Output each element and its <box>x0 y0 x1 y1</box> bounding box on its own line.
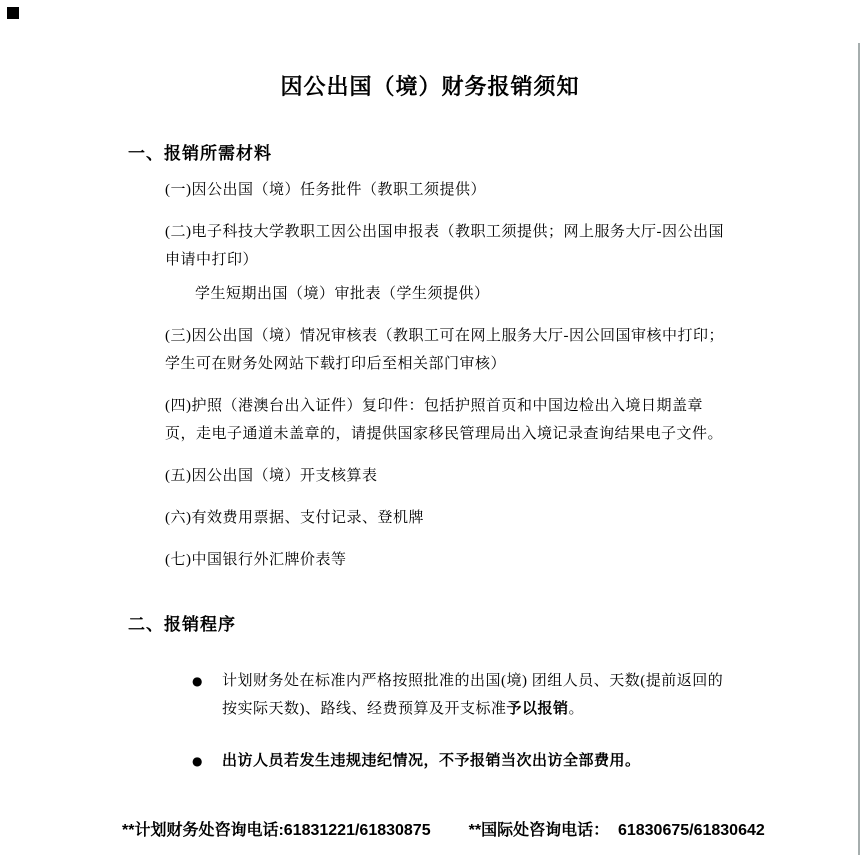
page-title: 因公出国（境）财务报销须知 <box>0 0 860 101</box>
material-item-4: (四)护照（港澳台出入证件）复印件：包括护照首页和中国边检出入境日期盖章页，走电… <box>165 392 733 448</box>
bullet-1-bold: 予以报销 <box>507 700 569 717</box>
procedure-bullet-1-text: 计划财务处在标准内严格按照批准的出国(境) 团组人员、天数(提前返回的按实际天数… <box>222 667 733 723</box>
finance-contact: **计划财务处咨询电话:61831221/61830875 <box>122 822 431 839</box>
materials-heading: 一、报销所需材料 <box>128 139 860 164</box>
procedure-bullet-2-text: 出访人员若发生违规违纪情况，不予报销当次出访全部费用。 <box>222 747 733 775</box>
materials-list: (一)因公出国（境）任务批件（教职工须提供） (二)电子科技大学教职工因公出国申… <box>165 176 733 574</box>
procedure-heading: 二、报销程序 <box>128 610 860 635</box>
international-contact: **国际处咨询电话： 61830675/61830642 <box>469 822 765 839</box>
bullet-1-post: 。 <box>569 701 585 717</box>
material-item-7: (七)中国银行外汇牌价表等 <box>165 546 733 574</box>
material-item-1: (一)因公出国（境）任务批件（教职工须提供） <box>165 176 733 204</box>
bullet-1-pre: 计划财务处在标准内严格按照批准的出国(境) 团组人员、天数(提前返回的按实际天数… <box>222 673 723 717</box>
footer-contacts: **计划财务处咨询电话:61831221/61830875**国际处咨询电话： … <box>122 817 860 840</box>
bullet-icon: ● <box>192 667 222 723</box>
material-item-3: (三)因公出国（境）情况审核表（教职工可在网上服务大厅-因公回国审核中打印；学生… <box>165 322 733 378</box>
material-item-student: 学生短期出国（境）审批表（学生须提供） <box>165 280 733 308</box>
material-item-6: (六)有效费用票据、支付记录、登机牌 <box>165 504 733 532</box>
procedure-bullet-2: ● 出访人员若发生违规违纪情况，不予报销当次出访全部费用。 <box>192 747 737 775</box>
bullet-icon: ● <box>192 747 222 775</box>
procedure-bullet-1: ● 计划财务处在标准内严格按照批准的出国(境) 团组人员、天数(提前返回的按实际… <box>192 667 737 723</box>
corner-marker <box>7 7 19 19</box>
material-item-5: (五)因公出国（境）开支核算表 <box>165 462 733 490</box>
material-item-2: (二)电子科技大学教职工因公出国申报表（教职工须提供；网上服务大厅-因公出国申请… <box>165 218 733 274</box>
document-page: 因公出国（境）财务报销须知 一、报销所需材料 (一)因公出国（境）任务批件（教职… <box>0 0 860 855</box>
